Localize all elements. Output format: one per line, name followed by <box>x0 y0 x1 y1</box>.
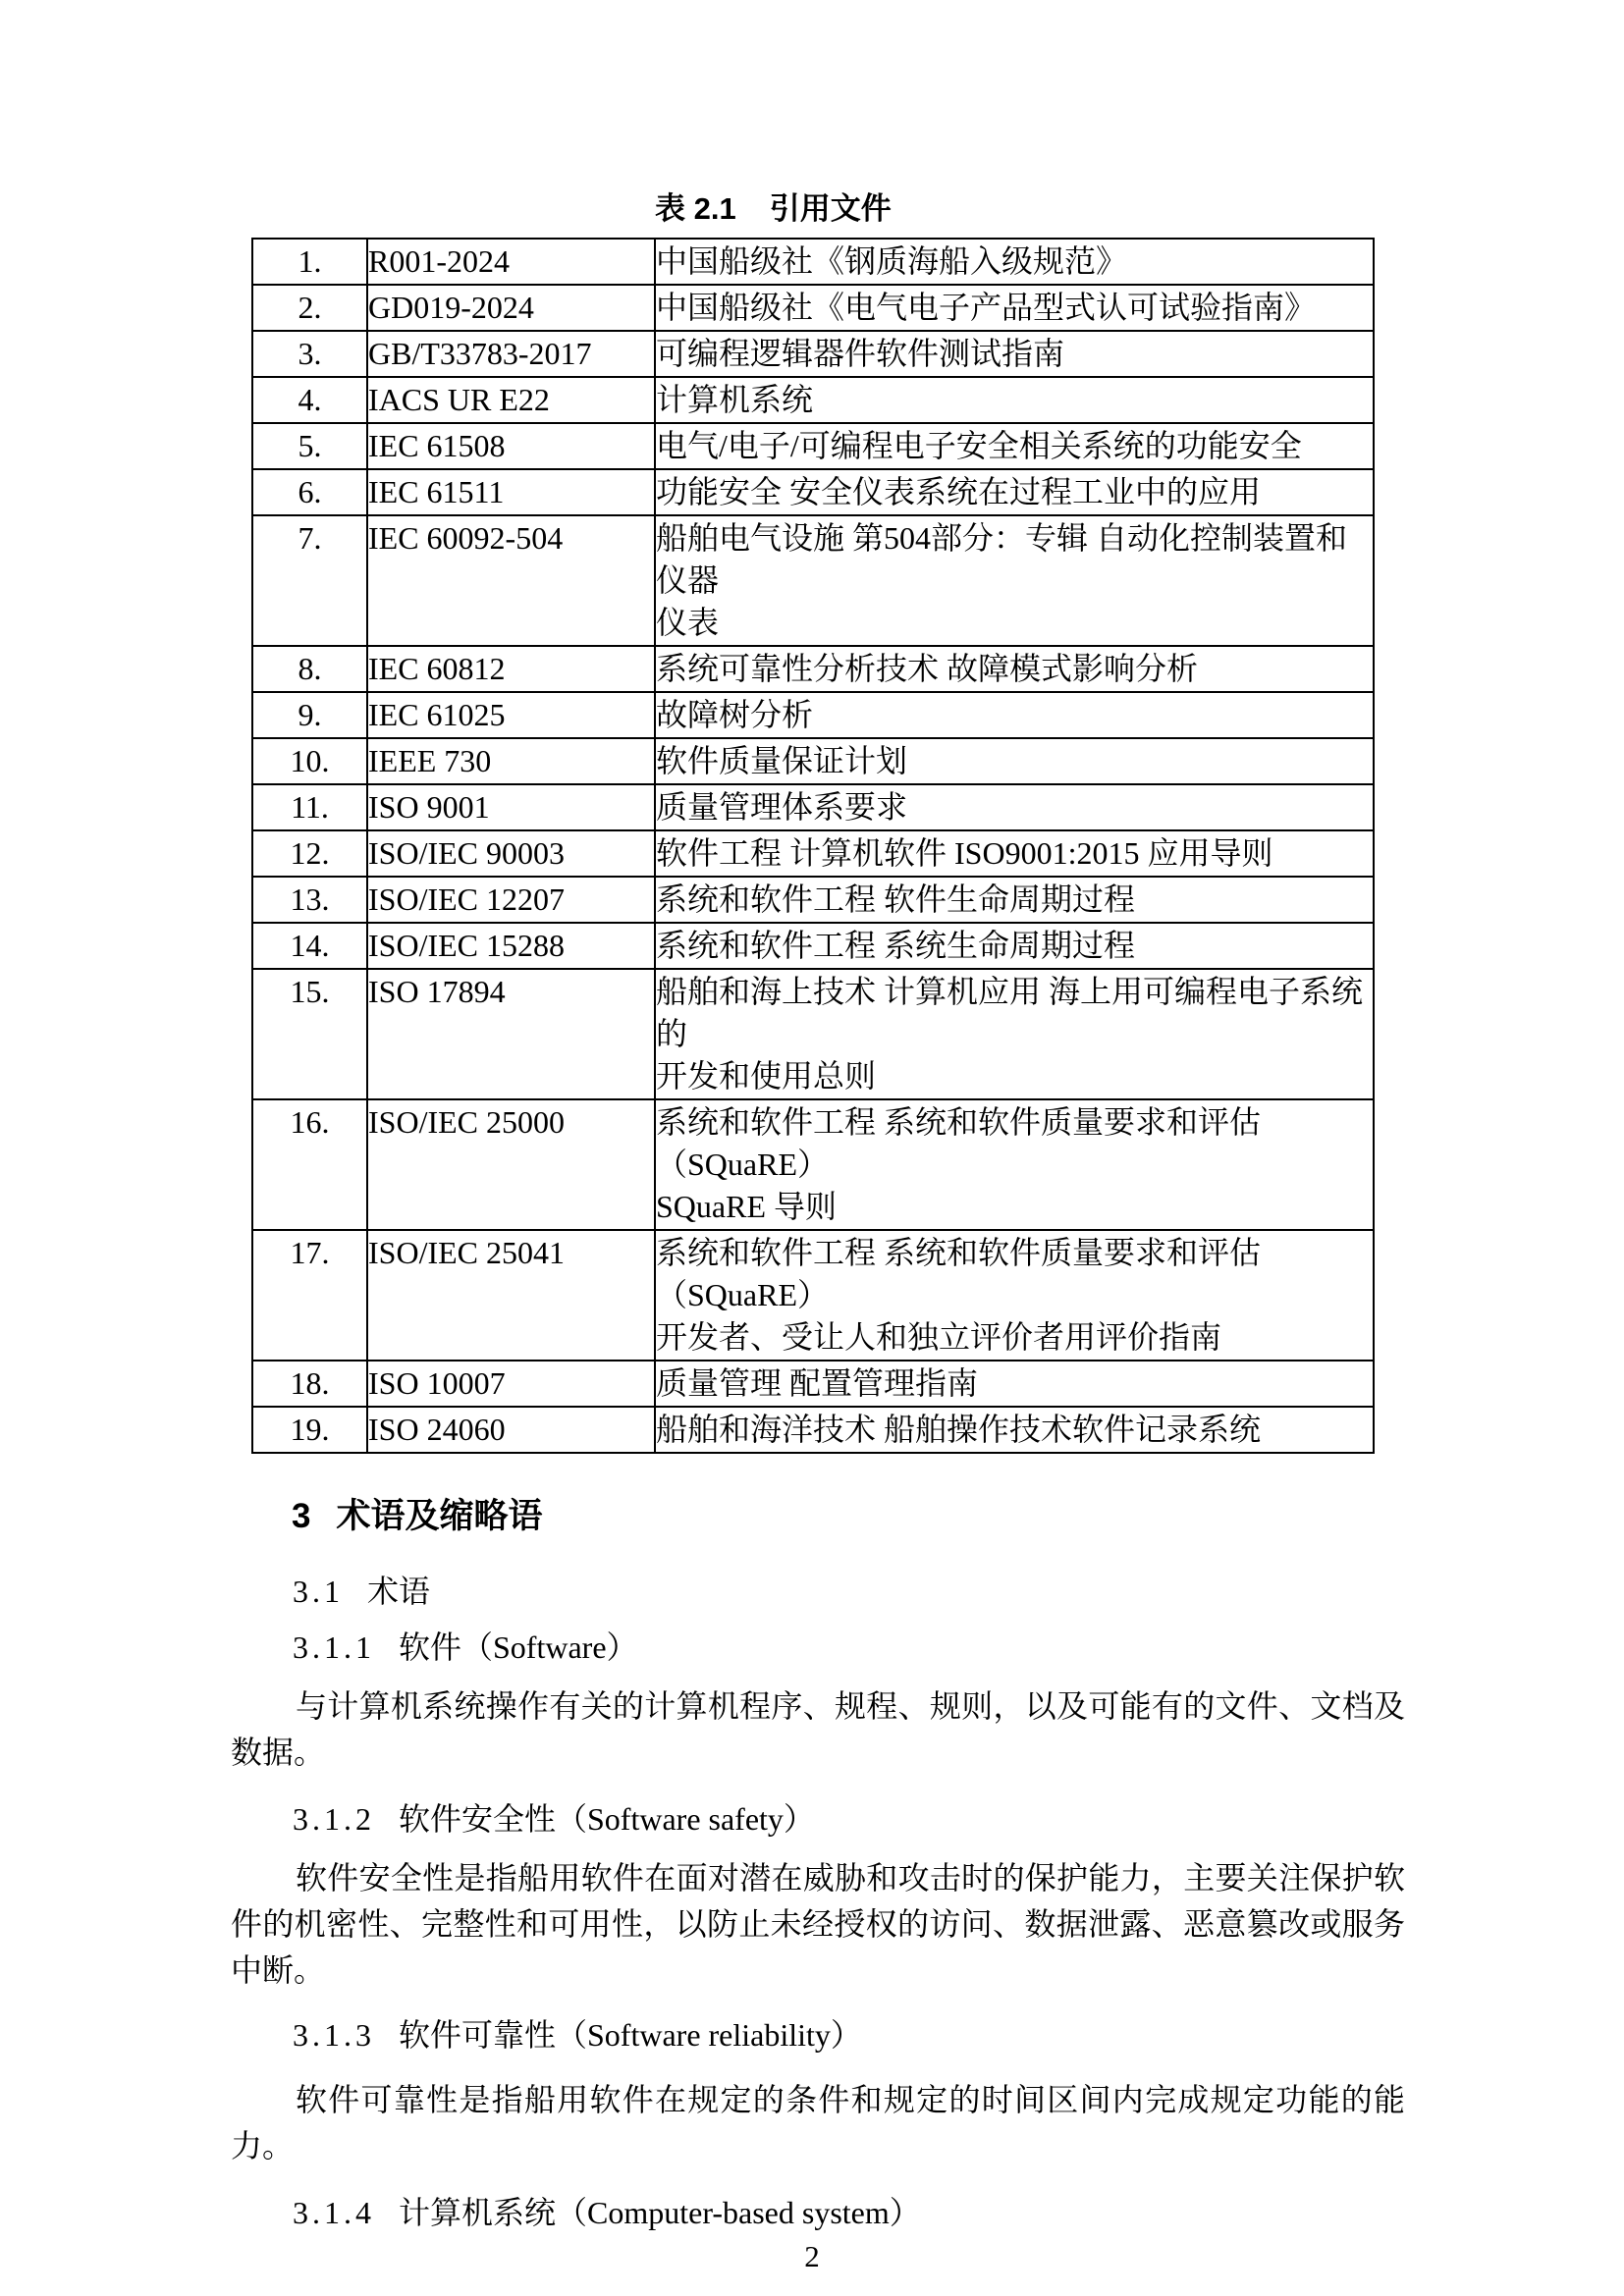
row-desc-cell: 船舶电气设施 第504部分：专辑 自动化控制装置和仪器 仪表 <box>655 515 1374 646</box>
heading-number: 3.1 <box>293 1574 344 1609</box>
table-row: 6.IEC 61511功能安全 安全仪表系统在过程工业中的应用 <box>252 469 1374 515</box>
row-desc-cell: 质量管理 配置管理指南 <box>655 1361 1374 1407</box>
row-code-cell: ISO/IEC 12207 <box>367 877 655 923</box>
row-number-cell: 15. <box>252 969 367 1099</box>
table-row: 10.IEEE 730软件质量保证计划 <box>252 738 1374 784</box>
row-desc-cell: 功能安全 安全仪表系统在过程工业中的应用 <box>655 469 1374 515</box>
table-row: 9.IEC 61025故障树分析 <box>252 692 1374 738</box>
heading-title: 计算机系统（Computer-based system） <box>399 2195 921 2230</box>
row-desc-cell: 计算机系统 <box>655 377 1374 423</box>
document-page: 表 2.1引用文件 1.R001-2024中国船级社《钢质海船入级规范》2.GD… <box>0 0 1624 2296</box>
table-row: 8.IEC 60812系统可靠性分析技术 故障模式影响分析 <box>252 646 1374 692</box>
row-code-cell: ISO/IEC 15288 <box>367 923 655 969</box>
row-code-cell: ISO/IEC 90003 <box>367 830 655 877</box>
reference-table: 1.R001-2024中国船级社《钢质海船入级规范》2.GD019-2024中国… <box>251 238 1375 1454</box>
row-number-cell: 17. <box>252 1230 367 1361</box>
row-number-cell: 13. <box>252 877 367 923</box>
table-row: 18.ISO 10007质量管理 配置管理指南 <box>252 1361 1374 1407</box>
table-title-label: 表 2.1 <box>655 191 736 226</box>
heading-title: 软件可靠性（Software reliability） <box>399 2017 862 2053</box>
row-desc-cell: 软件工程 计算机软件 ISO9001:2015 应用导则 <box>655 830 1374 877</box>
paragraph-software-safety-definition: 软件安全性是指船用软件在面对潜在威胁和攻击时的保护能力，主要关注保护软件的机密性… <box>231 1855 1405 1994</box>
row-number-cell: 2. <box>252 285 367 331</box>
row-desc-cell: 系统可靠性分析技术 故障模式影响分析 <box>655 646 1374 692</box>
row-desc-cell: 软件质量保证计划 <box>655 738 1374 784</box>
row-code-cell: ISO/IEC 25041 <box>367 1230 655 1361</box>
heading-title: 软件安全性（Software safety） <box>399 1801 815 1837</box>
table-row: 5.IEC 61508电气/电子/可编程电子安全相关系统的功能安全 <box>252 423 1374 469</box>
row-desc-cell: 中国船级社《钢质海船入级规范》 <box>655 239 1374 285</box>
row-desc-cell: 故障树分析 <box>655 692 1374 738</box>
table-row: 3.GB/T33783-2017可编程逻辑器件软件测试指南 <box>252 331 1374 377</box>
row-number-cell: 8. <box>252 646 367 692</box>
table-row: 17.ISO/IEC 25041系统和软件工程 系统和软件质量要求和评估（SQu… <box>252 1230 1374 1361</box>
row-desc-cell: 系统和软件工程 软件生命周期过程 <box>655 877 1374 923</box>
row-number-cell: 10. <box>252 738 367 784</box>
row-desc-cell: 船舶和海洋技术 船舶操作技术软件记录系统 <box>655 1407 1374 1453</box>
table-title-text: 引用文件 <box>770 191 892 226</box>
heading-number: 3.1.4 <box>293 2195 375 2230</box>
row-desc-cell: 系统和软件工程 系统生命周期过程 <box>655 923 1374 969</box>
row-desc-cell: 系统和软件工程 系统和软件质量要求和评估（SQuaRE） 开发者、受让人和独立评… <box>655 1230 1374 1361</box>
table-row: 4.IACS UR E22计算机系统 <box>252 377 1374 423</box>
row-code-cell: ISO 9001 <box>367 784 655 830</box>
row-desc-cell: 系统和软件工程 系统和软件质量要求和评估（SQuaRE） SQuaRE 导则 <box>655 1099 1374 1230</box>
paragraph-software-reliability-definition: 软件可靠性是指船用软件在规定的条件和规定的时间区间内完成规定功能的能力。 <box>231 2077 1405 2169</box>
heading-3-1-4: 3.1.4计算机系统（Computer-based system） <box>231 2190 1405 2236</box>
table-row: 14.ISO/IEC 15288系统和软件工程 系统生命周期过程 <box>252 923 1374 969</box>
page-number: 2 <box>0 2239 1624 2274</box>
row-code-cell: IEC 60092-504 <box>367 515 655 646</box>
row-desc-cell: 质量管理体系要求 <box>655 784 1374 830</box>
table-row: 19.ISO 24060船舶和海洋技术 船舶操作技术软件记录系统 <box>252 1407 1374 1453</box>
heading-3-1-1: 3.1.1软件（Software） <box>231 1625 1405 1671</box>
table-row: 7.IEC 60092-504船舶电气设施 第504部分：专辑 自动化控制装置和… <box>252 515 1374 646</box>
table-title: 表 2.1引用文件 <box>655 192 1624 225</box>
row-number-cell: 9. <box>252 692 367 738</box>
row-code-cell: IEC 61025 <box>367 692 655 738</box>
row-number-cell: 3. <box>252 331 367 377</box>
row-code-cell: IEEE 730 <box>367 738 655 784</box>
row-code-cell: GD019-2024 <box>367 285 655 331</box>
row-code-cell: ISO 17894 <box>367 969 655 1099</box>
row-code-cell: IACS UR E22 <box>367 377 655 423</box>
row-code-cell: ISO/IEC 25000 <box>367 1099 655 1230</box>
section-title: 术语及缩略语 <box>336 1497 542 1535</box>
table-row: 13.ISO/IEC 12207系统和软件工程 软件生命周期过程 <box>252 877 1374 923</box>
terminology-section: 3术语及缩略语 3.1术语 3.1.1软件（Software） 与计算机系统操作… <box>231 1497 1405 2236</box>
section-heading-3: 3术语及缩略语 <box>231 1497 1405 1536</box>
row-number-cell: 18. <box>252 1361 367 1407</box>
row-number-cell: 7. <box>252 515 367 646</box>
row-code-cell: ISO 24060 <box>367 1407 655 1453</box>
heading-number: 3.1.2 <box>293 1801 375 1837</box>
row-number-cell: 19. <box>252 1407 367 1453</box>
table-row: 11.ISO 9001质量管理体系要求 <box>252 784 1374 830</box>
heading-title: 术语 <box>367 1574 430 1609</box>
heading-title: 软件（Software） <box>399 1629 638 1665</box>
row-code-cell: GB/T33783-2017 <box>367 331 655 377</box>
section-number: 3 <box>292 1497 310 1535</box>
heading-3-1-3: 3.1.3软件可靠性（Software reliability） <box>231 2012 1405 2058</box>
heading-number: 3.1.3 <box>293 2017 375 2053</box>
row-code-cell: R001-2024 <box>367 239 655 285</box>
row-code-cell: IEC 61508 <box>367 423 655 469</box>
paragraph-software-definition: 与计算机系统操作有关的计算机程序、规程、规则，以及可能有的文件、文档及数据。 <box>231 1683 1405 1776</box>
row-number-cell: 1. <box>252 239 367 285</box>
row-desc-cell: 电气/电子/可编程电子安全相关系统的功能安全 <box>655 423 1374 469</box>
row-desc-cell: 中国船级社《电气电子产品型式认可试验指南》 <box>655 285 1374 331</box>
heading-3-1-2: 3.1.2软件安全性（Software safety） <box>231 1796 1405 1842</box>
heading-3-1: 3.1术语 <box>231 1569 1405 1615</box>
row-number-cell: 16. <box>252 1099 367 1230</box>
table-row: 2.GD019-2024中国船级社《电气电子产品型式认可试验指南》 <box>252 285 1374 331</box>
row-code-cell: IEC 61511 <box>367 469 655 515</box>
row-number-cell: 11. <box>252 784 367 830</box>
row-number-cell: 5. <box>252 423 367 469</box>
row-number-cell: 12. <box>252 830 367 877</box>
table-row: 12.ISO/IEC 90003软件工程 计算机软件 ISO9001:2015 … <box>252 830 1374 877</box>
heading-number: 3.1.1 <box>293 1629 375 1665</box>
table-row: 1.R001-2024中国船级社《钢质海船入级规范》 <box>252 239 1374 285</box>
row-number-cell: 6. <box>252 469 367 515</box>
row-desc-cell: 船舶和海上技术 计算机应用 海上用可编程电子系统的 开发和使用总则 <box>655 969 1374 1099</box>
row-code-cell: IEC 60812 <box>367 646 655 692</box>
row-code-cell: ISO 10007 <box>367 1361 655 1407</box>
table-row: 15.ISO 17894船舶和海上技术 计算机应用 海上用可编程电子系统的 开发… <box>252 969 1374 1099</box>
table-row: 16.ISO/IEC 25000系统和软件工程 系统和软件质量要求和评估（SQu… <box>252 1099 1374 1230</box>
row-number-cell: 4. <box>252 377 367 423</box>
row-number-cell: 14. <box>252 923 367 969</box>
row-desc-cell: 可编程逻辑器件软件测试指南 <box>655 331 1374 377</box>
